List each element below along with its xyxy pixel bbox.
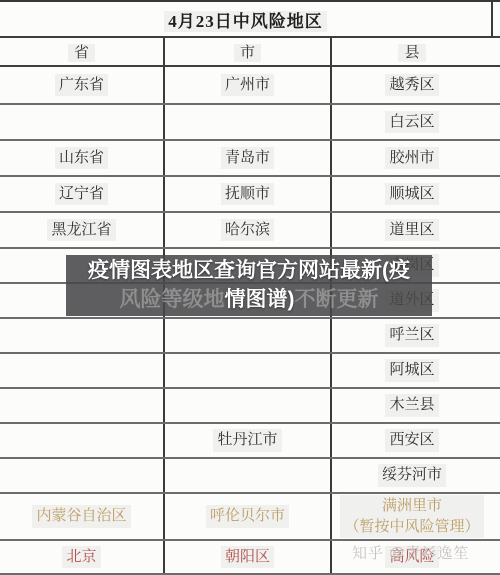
table-cell (164, 388, 331, 423)
table-cell-cutoff (492, 423, 500, 458)
table-cell: 呼兰区 (331, 318, 492, 353)
table-cell (164, 353, 331, 388)
table-cell: 西安区 (331, 423, 492, 458)
column-header-label: 省 (68, 44, 95, 62)
table-cell-cutoff (492, 540, 500, 574)
table-cell: 广州市 (164, 66, 331, 104)
table-cell: 内蒙谷自治区 (0, 493, 164, 540)
table-cell-cutoff (492, 176, 500, 212)
cell-text: 呼伦贝尔市 (206, 505, 289, 527)
table-cell (0, 388, 164, 423)
table-cell: 绥芬河市 (331, 458, 492, 493)
table-cell-cutoff (492, 458, 500, 493)
table-cell-cutoff (492, 104, 500, 140)
table-cell: 山东省 (0, 140, 164, 176)
cell-text: 广东省 (55, 74, 108, 96)
table-cell: 木兰县 (331, 388, 492, 423)
table-cell: 牡丹江市 (164, 423, 331, 458)
table-row: 广东省广州市越秀区 (0, 66, 500, 104)
table-cell-cutoff (492, 493, 500, 540)
table-title-row: 4月23日中风险地区 (0, 1, 500, 37)
table-row: 绥芬河市 (0, 458, 500, 493)
table-cell: 广东省 (0, 66, 164, 104)
cell-text: 朝阳区 (221, 546, 274, 568)
watermark: 知乎 @青衫逸笙 (352, 542, 469, 563)
table-cell-cutoff (492, 388, 500, 423)
ghost-text-right: 不断更新 (295, 288, 379, 311)
cell-text: 牡丹江市 (213, 429, 281, 451)
table-cell-cutoff (492, 353, 500, 388)
table-cell-cutoff (492, 318, 500, 353)
column-header-label: 市 (234, 44, 261, 62)
cell-text: 道里区 (385, 219, 438, 241)
table-cell-cutoff (492, 283, 500, 318)
cell-text: 绥芬河市 (378, 464, 446, 486)
table-cell: 北京 (0, 540, 164, 574)
cell-text: 西安区 (385, 429, 438, 451)
headline-line1: 疫情图表地区查询官方网站最新(疫 (88, 257, 410, 286)
table-cell: 黑龙江省 (0, 212, 164, 248)
cell-text: 白云区 (385, 111, 438, 133)
table-cell: 青岛市 (164, 140, 331, 176)
headline-line2: 风险等级地情图谱)不断更新 (120, 286, 379, 315)
cell-text: 木兰县 (385, 394, 438, 416)
table-cell: 阿城区 (331, 353, 492, 388)
cell-text: 辽宁省 (55, 183, 108, 205)
table-row: 白云区 (0, 104, 500, 140)
headline-line2-text: 情图谱) (225, 288, 295, 311)
table-cell (0, 458, 164, 493)
column-header-county: 县 (331, 37, 492, 66)
table-cell: 辽宁省 (0, 176, 164, 212)
column-header-city: 市 (164, 37, 331, 66)
column-header-label: 县 (398, 44, 425, 62)
table-cell (164, 104, 331, 140)
table-header-row: 省 市 县 (0, 37, 500, 66)
screenshot-root: 4月23日中风险地区 省 市 县 广东省广州市越秀区白云区山东省青岛市胶州市辽宁… (0, 0, 500, 575)
table-cell (0, 423, 164, 458)
table-cell: 哈尔滨 (164, 212, 331, 248)
table-cell: 顺城区 (331, 176, 492, 212)
table-row: 内蒙谷自治区呼伦贝尔市满洲里市 （暂按中风险管理） (0, 493, 500, 540)
table-row: 呼兰区 (0, 318, 500, 353)
table-cell-cutoff (492, 1, 500, 37)
table-cell-cutoff (492, 37, 500, 66)
table-row: 黑龙江省哈尔滨道里区 (0, 212, 500, 248)
cell-text: 顺城区 (385, 183, 438, 205)
table-cell: 白云区 (331, 104, 492, 140)
headline-overlay: 疫情图表地区查询官方网站最新(疫 风险等级地情图谱)不断更新 (66, 255, 432, 316)
table-cell: 胶州市 (331, 140, 492, 176)
table-cell (0, 318, 164, 353)
table-cell: 越秀区 (331, 66, 492, 104)
cell-text: 青岛市 (221, 147, 274, 169)
cell-text: 满洲里市 （暂按中风险管理） (340, 495, 483, 538)
table-title: 4月23日中风险地区 (164, 11, 327, 32)
table-cell (0, 353, 164, 388)
table-cell (164, 458, 331, 493)
table-cell: 道里区 (331, 212, 492, 248)
table-cell (164, 318, 331, 353)
cell-text: 山东省 (55, 147, 108, 169)
ghost-text-left: 风险等级地 (120, 288, 225, 311)
table-cell-cutoff (492, 140, 500, 176)
table-cell-cutoff (492, 248, 500, 283)
table-cell: 满洲里市 （暂按中风险管理） (331, 493, 492, 540)
table-cell (0, 104, 164, 140)
cell-text: 哈尔滨 (221, 219, 274, 241)
table-row: 辽宁省抚顺市顺城区 (0, 176, 500, 212)
cell-text: 抚顺市 (221, 183, 274, 205)
table-cell-cutoff (492, 212, 500, 248)
cell-text: 呼兰区 (385, 324, 438, 346)
cell-text: 黑龙江省 (47, 219, 115, 241)
table-cell: 呼伦贝尔市 (164, 493, 331, 540)
table-cell: 朝阳区 (164, 540, 331, 574)
table-row: 山东省青岛市胶州市 (0, 140, 500, 176)
table-row: 木兰县 (0, 388, 500, 423)
table-title-cell: 4月23日中风险地区 (0, 1, 492, 37)
cell-text: 广州市 (221, 74, 274, 96)
table-row: 阿城区 (0, 353, 500, 388)
table-cell-cutoff (492, 66, 500, 104)
cell-text: 内蒙谷自治区 (32, 505, 130, 527)
cell-text: 阿城区 (385, 359, 438, 381)
cell-text: 北京 (62, 546, 100, 568)
table-row: 牡丹江市西安区 (0, 423, 500, 458)
cell-text: 胶州市 (385, 147, 438, 169)
column-header-province: 省 (0, 37, 164, 66)
cell-text: 越秀区 (385, 74, 438, 96)
table-cell: 抚顺市 (164, 176, 331, 212)
